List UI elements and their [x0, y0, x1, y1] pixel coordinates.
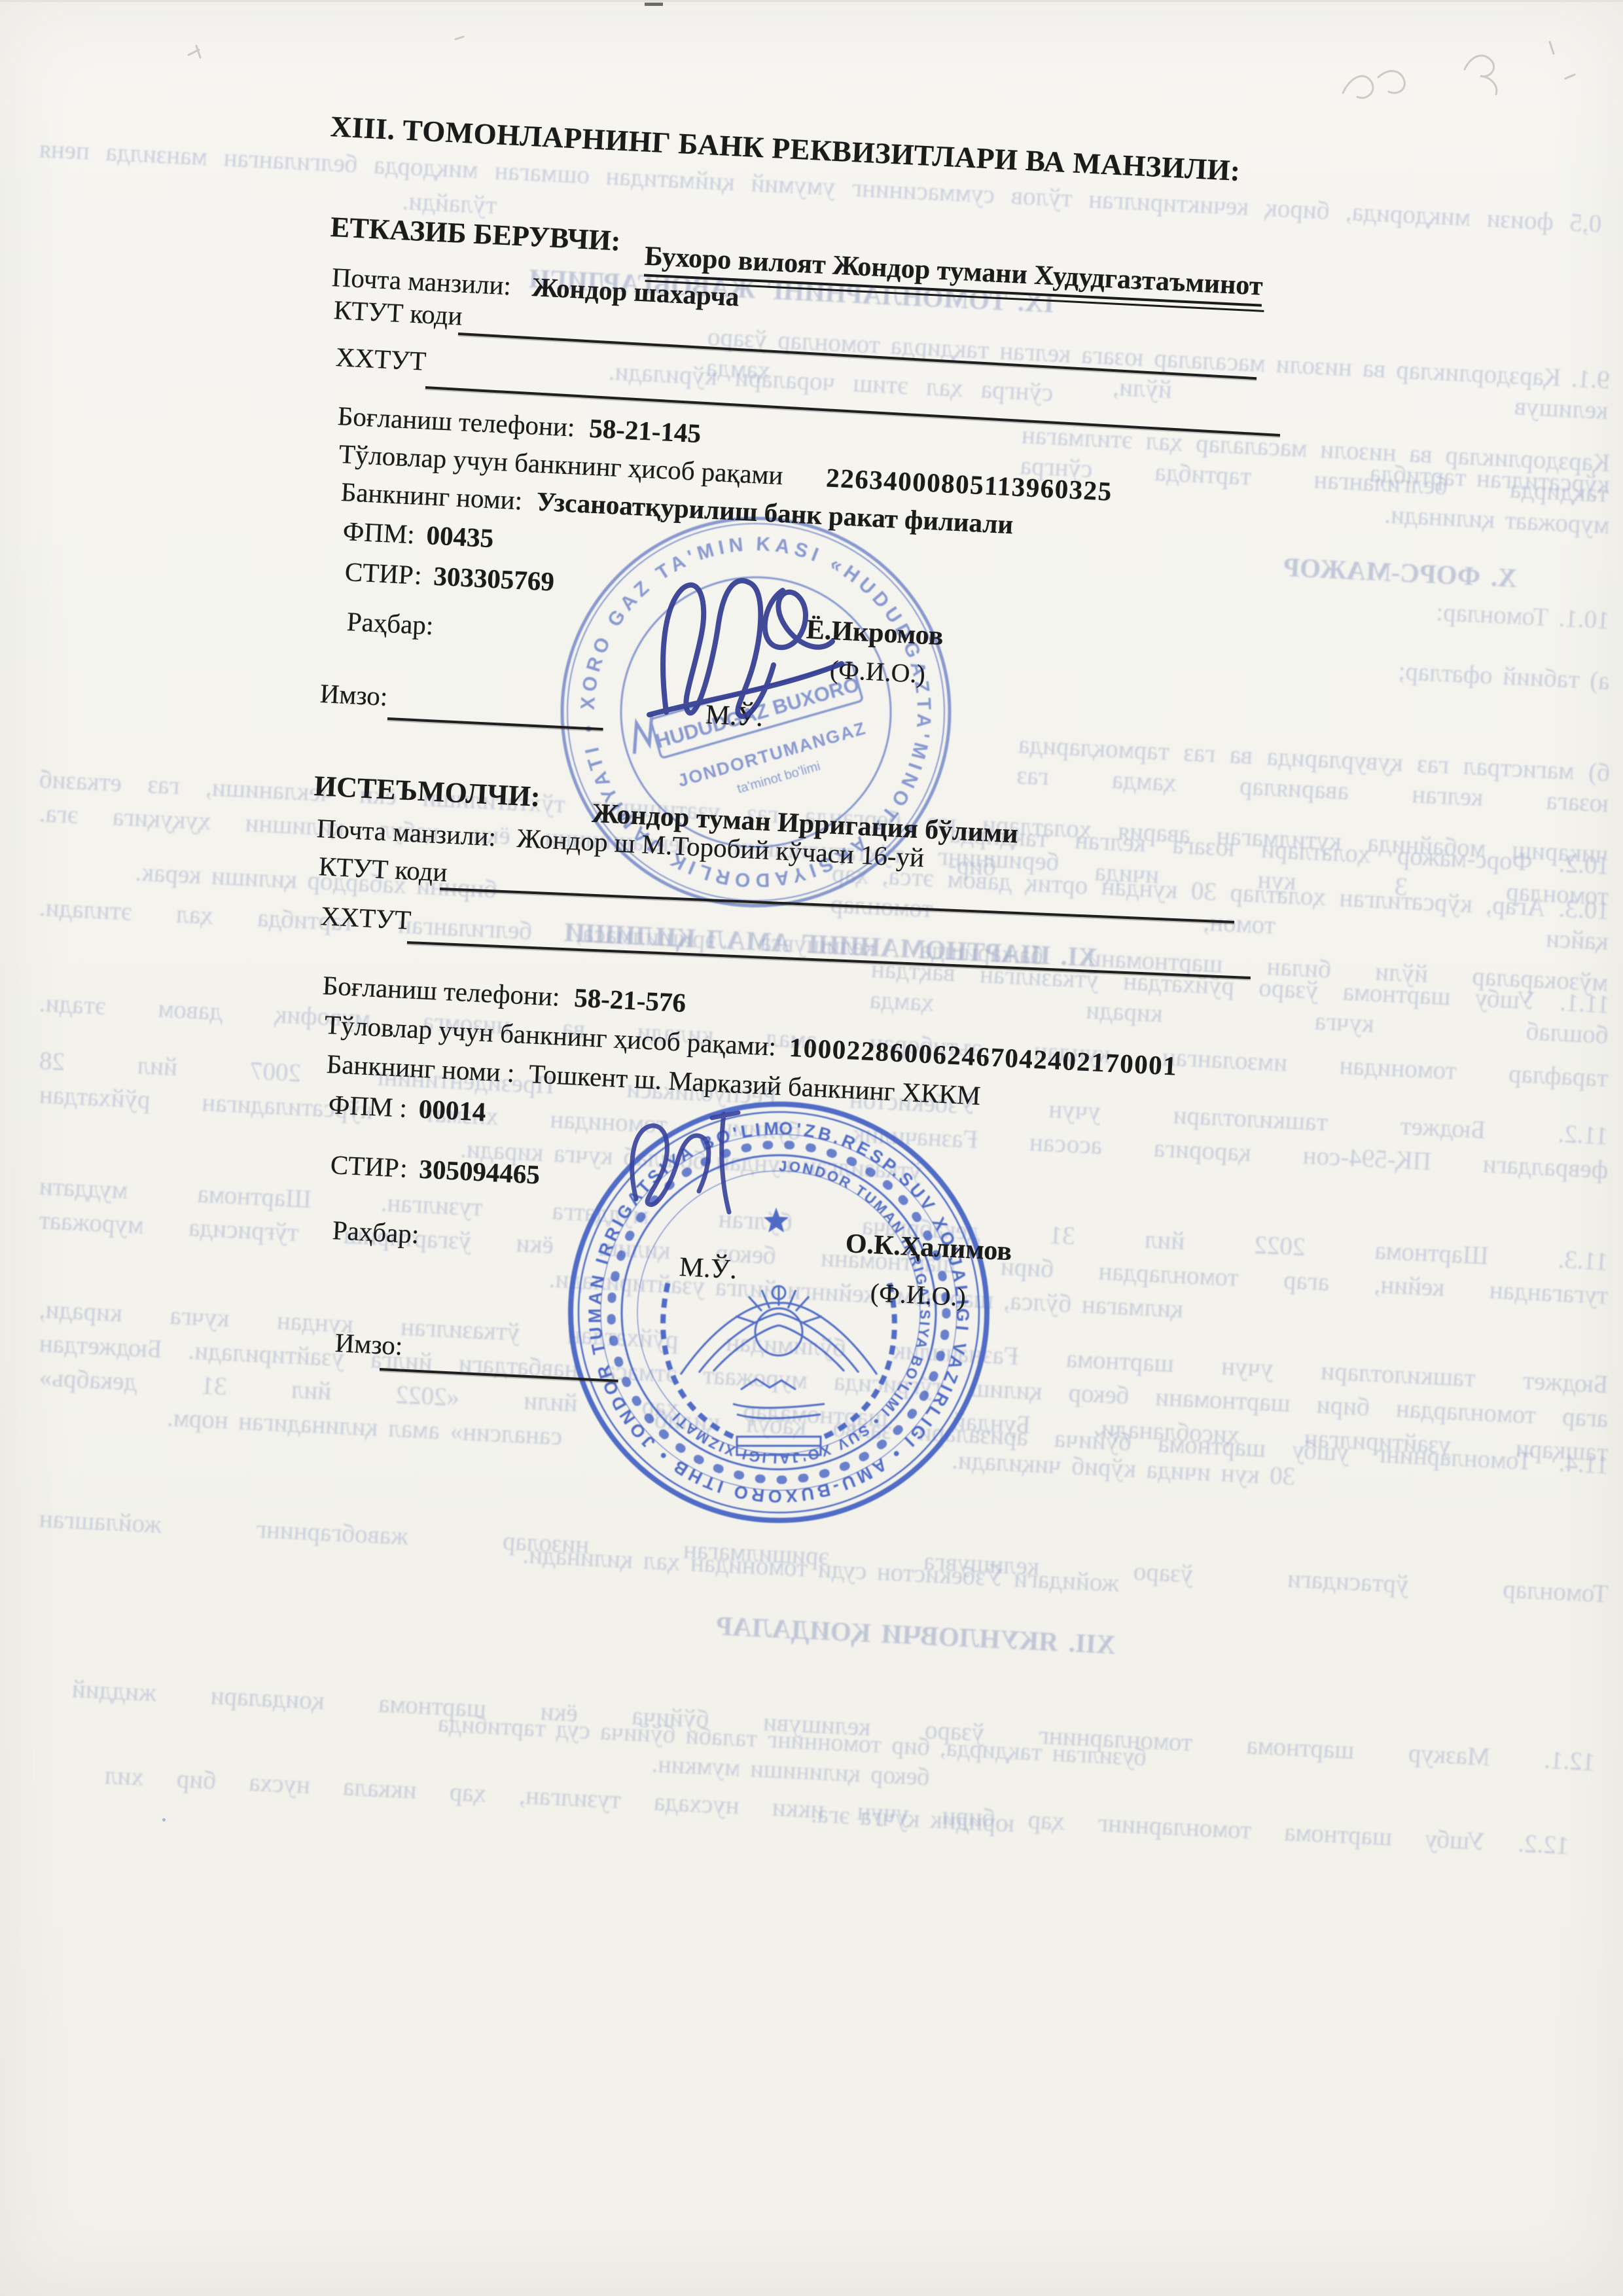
supplier-role-label: ЕТКАЗИБ БЕРУВЧИ:: [330, 211, 622, 257]
consumer-ktut-row: КТУТ коди: [318, 851, 448, 888]
section-title: XIII. ТОМОНЛАРНИНГ БАНК РЕКВИЗИТЛАРИ ВА …: [330, 110, 1241, 188]
supplier-phone-value: 58-21-145: [588, 413, 702, 448]
consumer-head-name: О.К.Ҳалимов: [845, 1228, 1012, 1268]
supplier-xxtut-row: ХХТУТ: [335, 342, 427, 377]
supplier-sign-row: Имзо:: [319, 678, 389, 712]
consumer-stir-row: СТИР:305094465: [330, 1149, 541, 1191]
postal-label: Почта манзили:: [331, 262, 512, 300]
supplier-fpm-row: ФПМ:00435: [342, 516, 494, 554]
supplier-stir-value: 303305769: [433, 561, 555, 597]
ktut-label: КТУТ коди: [333, 295, 463, 331]
stir-label: СТИР:: [330, 1149, 408, 1183]
supplier-account-value: 22634000805113960325: [825, 462, 1113, 506]
supplier-fpm-value: 00435: [426, 520, 495, 553]
xxtut-label: ХХТУТ: [335, 342, 427, 376]
postal-label: Почта манзили:: [316, 813, 497, 852]
scanned-contract-page: 0,5 фоизи миқдорида, бироқ кечиктирилган…: [0, 0, 1623, 2296]
consumer-xxtut-blank-line: [407, 941, 1251, 979]
ktut-blank-line: [458, 332, 1257, 380]
consumer-sign-row: Имзо:: [334, 1327, 404, 1361]
head-label: Раҳбар:: [346, 606, 435, 640]
ktut-label: КТУТ коди: [318, 851, 448, 888]
consumer-fio-label: (Ф.И.О.): [870, 1278, 967, 1312]
front-text-layer: XIII. ТОМОНЛАРНИНГ БАНК РЕКВИЗИТЛАРИ ВА …: [0, 0, 1623, 2296]
consumer-mp-label: М.Ў.: [679, 1251, 738, 1286]
sign-label: Имзо:: [334, 1327, 404, 1361]
consumer-head-row: Раҳбар:: [332, 1215, 420, 1250]
phone-label: Боғланиш телефони:: [322, 970, 561, 1012]
fpm-label: ФПМ:: [342, 516, 416, 549]
supplier-mp-label: М.Ў.: [705, 699, 764, 734]
phone-label: Боғланиш телефони:: [337, 401, 576, 442]
sign-label: Имзо:: [319, 678, 389, 711]
consumer-fpm-value: 00014: [418, 1094, 487, 1127]
consumer-signature-line: [380, 1368, 618, 1382]
supplier-fio-label: (Ф.И.О.): [829, 655, 926, 689]
supplier-signature-line: [387, 717, 603, 730]
fpm-label: ФПМ :: [328, 1089, 408, 1123]
xxtut-label: ХХТУТ: [320, 901, 412, 935]
consumer-xxtut-row: ХХТУТ: [320, 901, 412, 936]
supplier-ktut-row: КТУТ коди: [333, 295, 463, 332]
consumer-role-label: ИСТЕЪМОЛЧИ:: [313, 770, 541, 813]
head-label: Раҳбар:: [332, 1215, 420, 1249]
stir-label: СТИР:: [344, 556, 423, 590]
consumer-ktut-blank-line: [440, 888, 1234, 924]
consumer-fpm-row: ФПМ :00014: [328, 1089, 487, 1128]
bank-label: Банкнинг номи:: [340, 476, 523, 515]
consumer-stir-value: 305094465: [418, 1154, 541, 1190]
bank-label: Банкнинг номи :: [326, 1049, 516, 1088]
supplier-head-name: Ё.Икромов: [806, 614, 944, 652]
supplier-head-row: Раҳбар:: [346, 606, 435, 641]
consumer-phone-value: 58-21-576: [573, 982, 687, 1018]
supplier-stir-row: СТИР:303305769: [344, 556, 555, 598]
